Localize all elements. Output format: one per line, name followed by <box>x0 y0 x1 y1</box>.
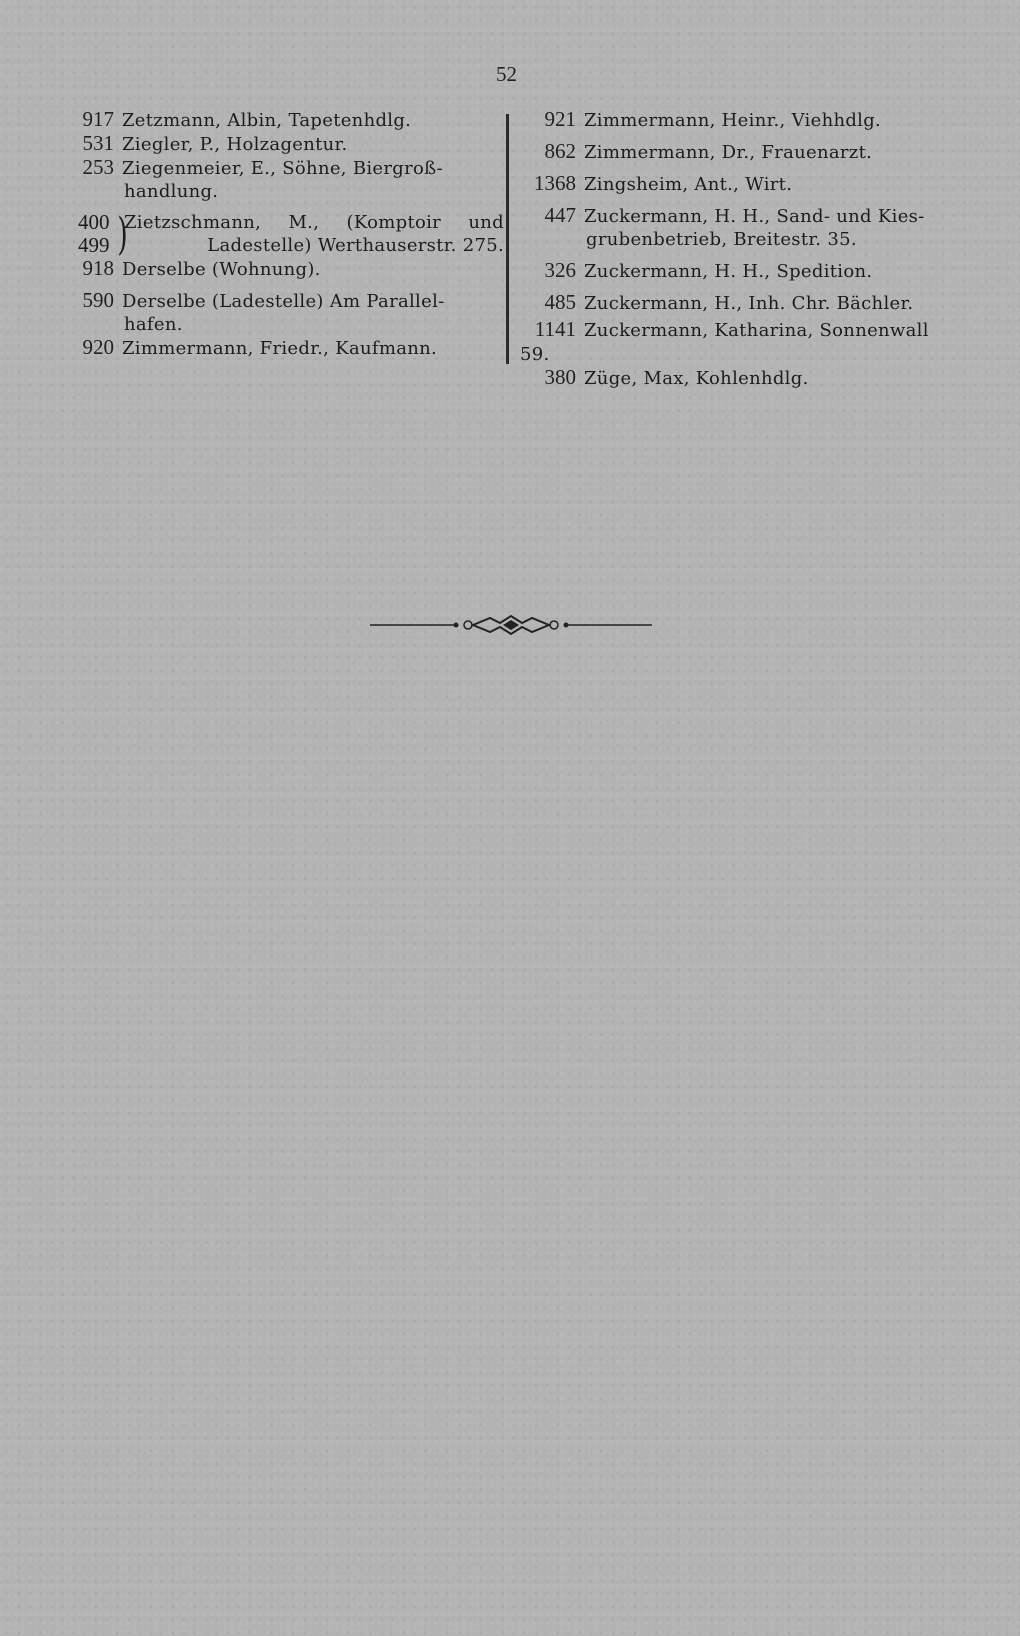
left-column: 917Zetzmann, Albin, Tapetenhdlg. 531Zieg… <box>78 108 498 360</box>
phone-number: 380 <box>520 366 576 389</box>
phone-number: 485 <box>520 291 576 314</box>
entry-text: Zuckermann, H. H., Sand- und Kies- <box>584 206 925 227</box>
directory-entry: 380Züge, Max, Kohlenhdlg. <box>520 366 960 390</box>
directory-entry: 918Derselbe (Wohnung). <box>78 257 498 281</box>
phone-number: 862 <box>520 140 576 163</box>
directory-entry: 485Zuckermann, H., Inh. Chr. Bächler. <box>520 291 960 315</box>
entry-line: Zietzschmann, M., (Komptoir und <box>124 211 504 234</box>
phone-number: 499 <box>78 234 114 257</box>
directory-entry: 531Ziegler, P., Holzagentur. <box>78 132 498 156</box>
directory-entry: 326Zuckermann, H. H., Spedition. <box>520 259 960 283</box>
entry-text: Zimmermann, Dr., Frauenarzt. <box>584 142 872 163</box>
column-divider <box>506 114 509 364</box>
phone-number: 921 <box>520 108 576 131</box>
phone-number: 447 <box>520 204 576 227</box>
phone-number: 531 <box>78 132 114 155</box>
entry-text: Züge, Max, Kohlenhdlg. <box>584 368 809 389</box>
entry-text: Zetzmann, Albin, Tapetenhdlg. <box>122 110 411 131</box>
directory-entry: 921Zimmermann, Heinr., Viehhdlg. <box>520 108 960 132</box>
phone-number: 400 <box>78 211 114 234</box>
directory-entry: 917Zetzmann, Albin, Tapetenhdlg. <box>78 108 498 132</box>
phone-number-group: 400 499 <box>78 211 114 257</box>
entry-continuation: hafen. <box>78 313 498 336</box>
entry-text: Zuckermann, H. H., Spedition. <box>584 261 872 282</box>
entry-text: Zimmermann, Friedr., Kaufmann. <box>122 338 437 359</box>
phone-number: 1141 <box>520 318 576 341</box>
entry-text: Ziegler, P., Holzagentur. <box>122 134 348 155</box>
entry-continuation: grubenbetrieb, Breitestr. 35. <box>520 228 960 251</box>
phone-number: 590 <box>78 289 114 312</box>
entry-text: Zietzschmann, M., (Komptoir und Ladestel… <box>124 211 504 257</box>
entry-text: Derselbe (Wohnung). <box>122 259 321 280</box>
phone-number: 1368 <box>520 172 576 195</box>
directory-entry: 447Zuckermann, H. H., Sand- und Kies- gr… <box>520 204 960 251</box>
directory-entry: 1141Zuckermann, Katharina, Sonnenwall 59… <box>520 318 960 366</box>
directory-entry: 253Ziegenmeier, E., Söhne, Biergroß- han… <box>78 156 498 203</box>
entry-text: Zuckermann, H., Inh. Chr. Bächler. <box>584 293 913 314</box>
directory-entry: 1368Zingsheim, Ant., Wirt. <box>520 172 960 196</box>
phone-number: 920 <box>78 336 114 359</box>
entry-text: Zuckermann, Katharina, Sonnenwall 59. <box>520 320 929 365</box>
entry-text: Zimmermann, Heinr., Viehhdlg. <box>584 110 881 131</box>
phone-number: 326 <box>520 259 576 282</box>
page-number: 52 <box>496 62 517 87</box>
entry-text: Ziegenmeier, E., Söhne, Biergroß- <box>122 158 443 179</box>
entry-text: Derselbe (Ladestelle) Am Parallel- <box>122 291 445 312</box>
entry-line: Ladestelle) Werthauserstr. 275. <box>124 234 504 257</box>
directory-entry: 590Derselbe (Ladestelle) Am Parallel- ha… <box>78 289 498 336</box>
phone-number: 917 <box>78 108 114 131</box>
phone-number: 253 <box>78 156 114 179</box>
directory-entry-grouped: 400 499 ) Zietzschmann, M., (Komptoir un… <box>78 211 498 257</box>
phone-number: 918 <box>78 257 114 280</box>
directory-entry: 862Zimmermann, Dr., Frauenarzt. <box>520 140 960 164</box>
directory-entry: 920Zimmermann, Friedr., Kaufmann. <box>78 336 498 360</box>
entry-text: Zingsheim, Ant., Wirt. <box>584 174 792 195</box>
decorative-rule-ornament-icon <box>370 612 652 638</box>
right-column: 921Zimmermann, Heinr., Viehhdlg. 862Zimm… <box>520 108 960 390</box>
entry-continuation: handlung. <box>78 180 498 203</box>
